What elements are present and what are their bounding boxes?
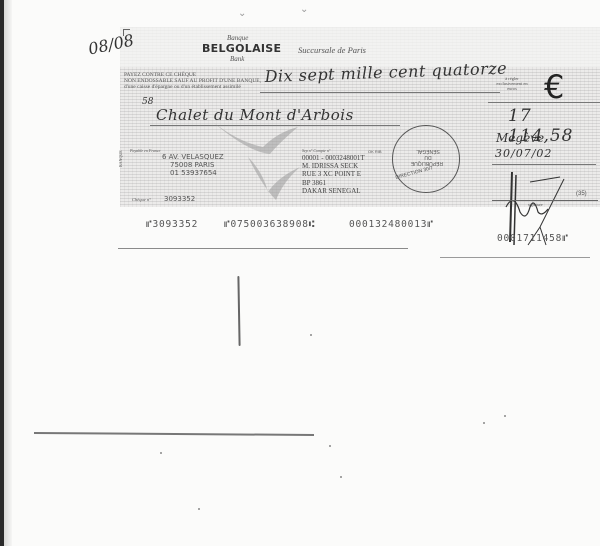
date-line: [492, 164, 596, 165]
official-stamp: RÉPUBLIQUE DU SÉNÉGAL DIRECTION 30/7: [392, 125, 460, 193]
account-holder: 00001 - 0003248001T M. IDRISSA SECK RUE …: [302, 154, 365, 195]
scan-speck: [504, 415, 506, 417]
scan-mark: ⌄: [300, 4, 308, 15]
scan-speck: [310, 334, 312, 336]
scan-speck: [340, 476, 342, 478]
cheque-number-label: Chèque n°: [132, 197, 151, 202]
holder-name: M. IDRISSA SECK: [302, 162, 365, 170]
signature-label: signature: [528, 202, 543, 207]
holder-address-2: BP 3861: [302, 179, 365, 187]
scan-speck: [483, 422, 485, 424]
place: Megève: [496, 131, 544, 145]
micr-amount: 0001711458⑈: [497, 233, 569, 244]
cheque: 08/08 Banque BELGOLAISE Bank Succursale …: [120, 27, 600, 207]
pay-instruction-3: d'une caisse d'épargne ou d'un établisse…: [124, 84, 241, 91]
micr-routing-number: ⑈075003638908⑆: [224, 219, 315, 230]
branch-address-line1: 6 AV. VELASQUEZ: [162, 153, 224, 161]
micr-cheque-number: ⑈3093352: [146, 219, 198, 230]
scan-speck: [160, 452, 162, 454]
payee-number: 58: [142, 97, 153, 107]
bank-name: BELGOLAISE: [202, 42, 281, 55]
holder-address-3: DAKAR SENEGAL: [302, 187, 365, 195]
bank-branch: Succursale de Paris: [298, 45, 366, 55]
date: 30/07/02: [495, 147, 552, 160]
stamp-label: OK RIB: [368, 149, 382, 154]
side-label: BANQUE: [118, 150, 123, 167]
bank-label-top: Banque: [227, 34, 248, 42]
branch-address-line2: 75008 PARIS: [162, 161, 224, 169]
signature-line: [492, 200, 598, 201]
account-labels: Sep n° Compte n°: [302, 148, 330, 153]
tear-line-right: [440, 257, 590, 258]
signature-code: (35): [576, 191, 587, 197]
account-number: 00001 - 0003248001T: [302, 154, 365, 162]
amount-box: 17 114,58: [488, 102, 600, 131]
pen-mark: [237, 276, 240, 346]
branch-address: 6 AV. VELASQUEZ 75008 PARIS 01 53937654: [162, 153, 224, 177]
scan-speck: [329, 445, 331, 447]
amount-words-line: [260, 92, 500, 93]
holder-address-1: RUE 3 XC POINT E: [302, 170, 365, 178]
tear-line: [118, 248, 408, 249]
cheque-number: 3093352: [164, 195, 195, 203]
stamp-ring-text: DIRECTION 30/7: [395, 165, 434, 181]
scan-border-shadow: [4, 0, 12, 546]
branch-phone: 01 53937654: [162, 169, 224, 177]
currency-box: à régler exclusivement en euros €: [488, 74, 600, 100]
micr-account-number: 000132480013⑈: [349, 219, 434, 230]
payable-label: Payable en France: [130, 148, 160, 153]
currency-note: à régler exclusivement en euros: [492, 76, 532, 91]
horizontal-line: [34, 432, 314, 435]
scan-speck: [198, 508, 200, 510]
euro-icon: €: [544, 68, 564, 106]
scan-mark: ⌄: [238, 8, 246, 19]
bank-label-bottom: Bank: [230, 55, 244, 63]
stamp-center-text: RÉPUBLIQUE DU SÉNÉGAL: [413, 148, 443, 166]
